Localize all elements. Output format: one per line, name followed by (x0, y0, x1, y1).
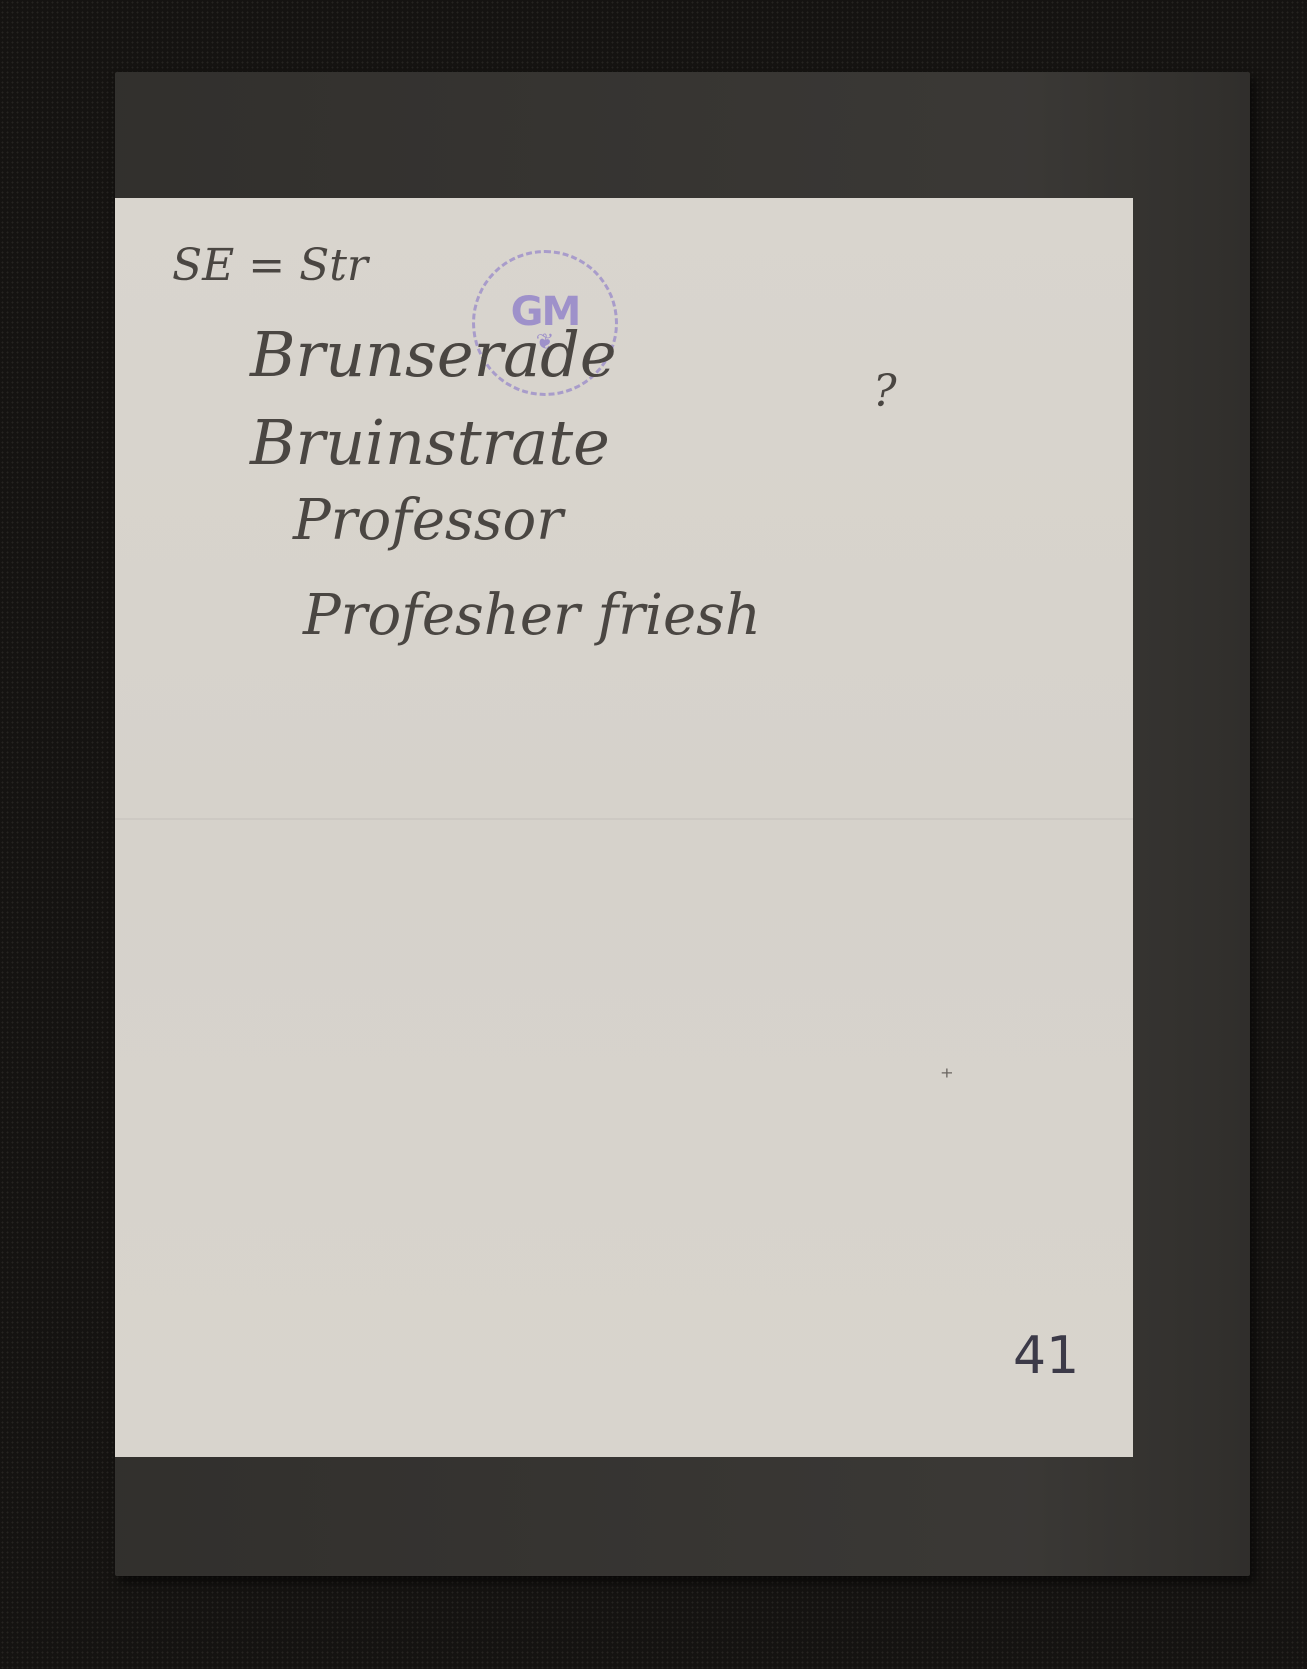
handwritten-line-4: Professor (293, 488, 563, 553)
handwritten-line-5: Profesher friesh (303, 583, 761, 648)
handwritten-line-2: Brunserade (250, 318, 617, 391)
query-mark: ? (873, 366, 897, 417)
ink-smudge: ⁺ (940, 1063, 954, 1093)
paper-sheet: SE = Str GM ❦ Brunserade ? Bruinstrate P… (115, 198, 1133, 1457)
handwritten-line-1: SE = Str (172, 240, 368, 291)
handwritten-line-3: Bruinstrate (250, 406, 610, 479)
fold-crease (115, 818, 1133, 820)
page-number: 41 (1013, 1326, 1079, 1386)
